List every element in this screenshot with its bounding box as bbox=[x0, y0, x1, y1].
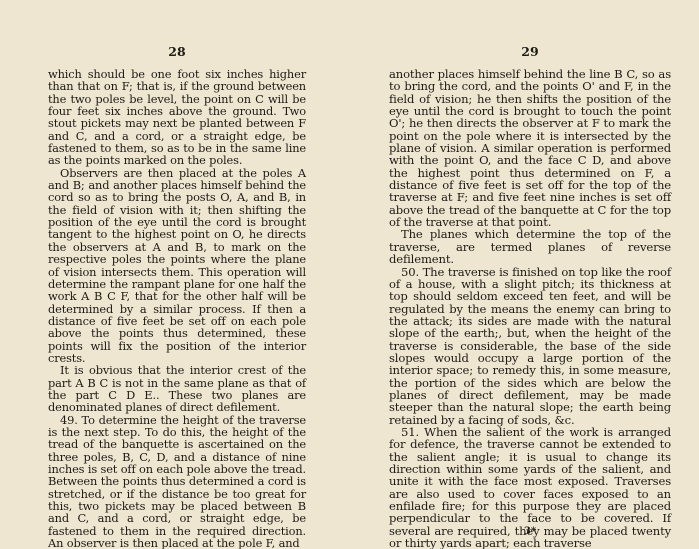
paragraph: It is obvious that the interior crest of… bbox=[48, 364, 306, 413]
page-number: 29 bbox=[389, 44, 671, 59]
page-body: which should be one foot six inches high… bbox=[48, 68, 306, 549]
paragraph: 49. To determine the height of the trave… bbox=[48, 414, 306, 549]
right-page: 29 another places himself behind the lin… bbox=[389, 0, 671, 549]
paragraph: another places himself behind the line B… bbox=[389, 68, 671, 228]
page-number: 28 bbox=[48, 44, 306, 59]
paragraph: which should be one foot six inches high… bbox=[48, 68, 306, 167]
paragraph: Observers are then placed at the poles A… bbox=[48, 167, 306, 365]
left-page: 28 which should be one foot six inches h… bbox=[48, 0, 306, 549]
signature-mark: 3* bbox=[389, 526, 671, 537]
page-body: another places himself behind the line B… bbox=[389, 68, 671, 549]
paragraph: 50. The traverse is finished on top like… bbox=[389, 266, 671, 426]
paragraph: The planes which determine the top of th… bbox=[389, 228, 671, 265]
